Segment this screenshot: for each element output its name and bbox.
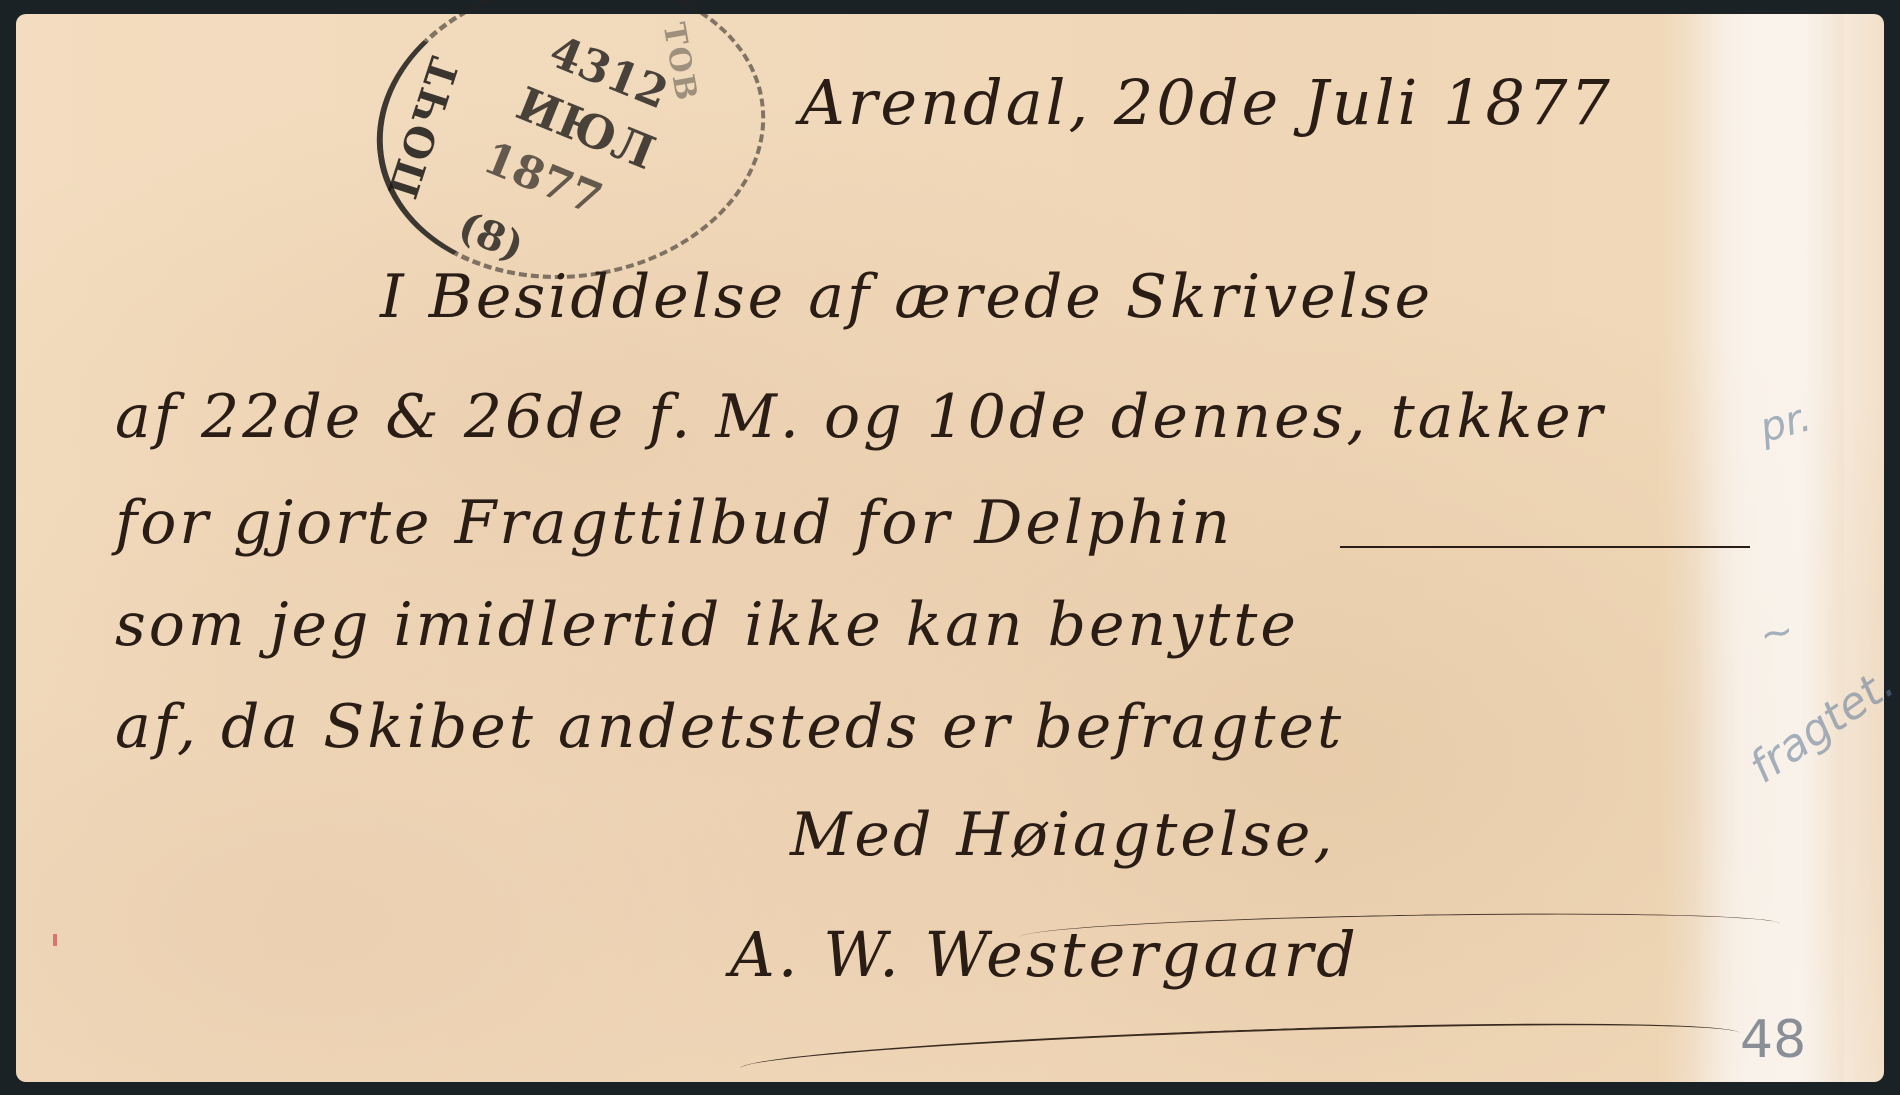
letter-line-2: af 22de & 26de f. M. og 10de dennes, tak… <box>115 382 1605 452</box>
letter-line-1: I Besiddelse af ærede Skrivelse <box>380 262 1433 332</box>
red-speck <box>53 934 57 946</box>
closing: Med Høiagtelse, <box>790 800 1335 870</box>
underline-delphin <box>1340 546 1750 548</box>
signature: A. W. Westergaard <box>730 918 1359 991</box>
dateline: Arendal, 20de Juli 1877 <box>800 66 1613 139</box>
pencil-reference-number: 48 <box>1740 1010 1806 1070</box>
scan-background: ПОЧТ ТОВ 4312 ИЮЛ 1877 (8) Arendal, 20de… <box>0 0 1900 1095</box>
letter-line-5: af, da Skibet andetsteds er befragtet <box>115 692 1344 762</box>
letter-line-4: som jeg imidlertid ikke kan benytte <box>115 590 1299 660</box>
letter-line-3: for gjorte Fragttilbud for Delphin <box>115 488 1233 558</box>
